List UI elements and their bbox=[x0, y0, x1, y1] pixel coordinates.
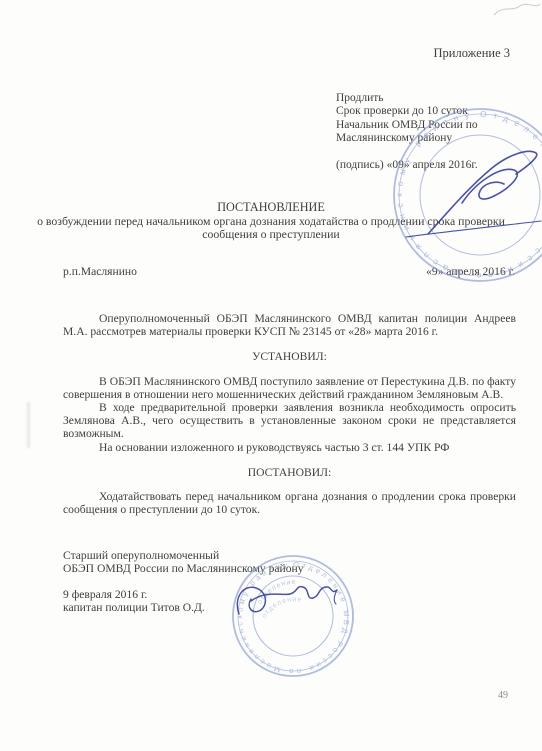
intro-paragraph: Оперуполномоченный ОБЭП Маслянинского ОМ… bbox=[63, 312, 516, 338]
signer-position-line2: ОБЭП ОМВД России по Маслянинскому району bbox=[63, 562, 363, 575]
postanovil-heading: ПОСТАНОВИЛ: bbox=[63, 466, 516, 479]
document-page: Приложение 3 Продлить Срок проверки до 1… bbox=[0, 0, 542, 751]
resolution-line: Маслянинскому району bbox=[336, 132, 536, 145]
title-block: ПОСТАНОВЛЕНИЕ о возбуждении перед началь… bbox=[31, 201, 511, 242]
scan-smudge-artifact bbox=[27, 402, 30, 448]
paragraph-2: В ходе предварительной проверки заявлени… bbox=[63, 401, 516, 441]
signer-name: капитан полиции Титов О.Д. bbox=[63, 601, 363, 614]
place-label: р.п.Маслянино bbox=[63, 265, 137, 278]
document-subtitle: о возбуждении перед начальником органа д… bbox=[31, 215, 511, 242]
ustanovil-heading: УСТАНОВИЛ: bbox=[63, 350, 516, 363]
resolution-signature-line: (подпись) «09» апреля 2016г. bbox=[336, 159, 536, 172]
paragraph-3: На основании изложенного и руководствуяс… bbox=[63, 441, 516, 454]
document-body: Оперуполномоченный ОБЭП Маслянинского ОМ… bbox=[63, 312, 516, 516]
document-title: ПОСТАНОВЛЕНИЕ bbox=[31, 201, 511, 215]
date-label: «9» апреля 2016 г. bbox=[426, 265, 515, 278]
resolution-line: Начальник ОМВД России по bbox=[336, 119, 536, 132]
resolution-line: Срок проверки до 10 суток bbox=[336, 105, 536, 118]
pencil-scribble bbox=[494, 4, 540, 15]
signer-position-line1: Старший оперуполномоченный bbox=[63, 549, 363, 562]
resolution-line: Продлить bbox=[336, 92, 536, 105]
page-number: 49 bbox=[498, 690, 508, 701]
signature-block: Старший оперуполномоченный ОБЭП ОМВД Рос… bbox=[63, 549, 363, 615]
resolution-block: Продлить Срок проверки до 10 суток Начал… bbox=[336, 92, 536, 172]
paragraph-4: Ходатайствовать перед начальником органа… bbox=[63, 490, 516, 516]
paragraph-1: В ОБЭП Маслянинского ОМВД поступило заяв… bbox=[63, 375, 516, 401]
appendix-label: Приложение 3 bbox=[434, 46, 510, 61]
signature-date: 9 февраля 2016 г. bbox=[63, 588, 363, 601]
place-date-row: р.п.Маслянино «9» апреля 2016 г. bbox=[63, 265, 515, 278]
